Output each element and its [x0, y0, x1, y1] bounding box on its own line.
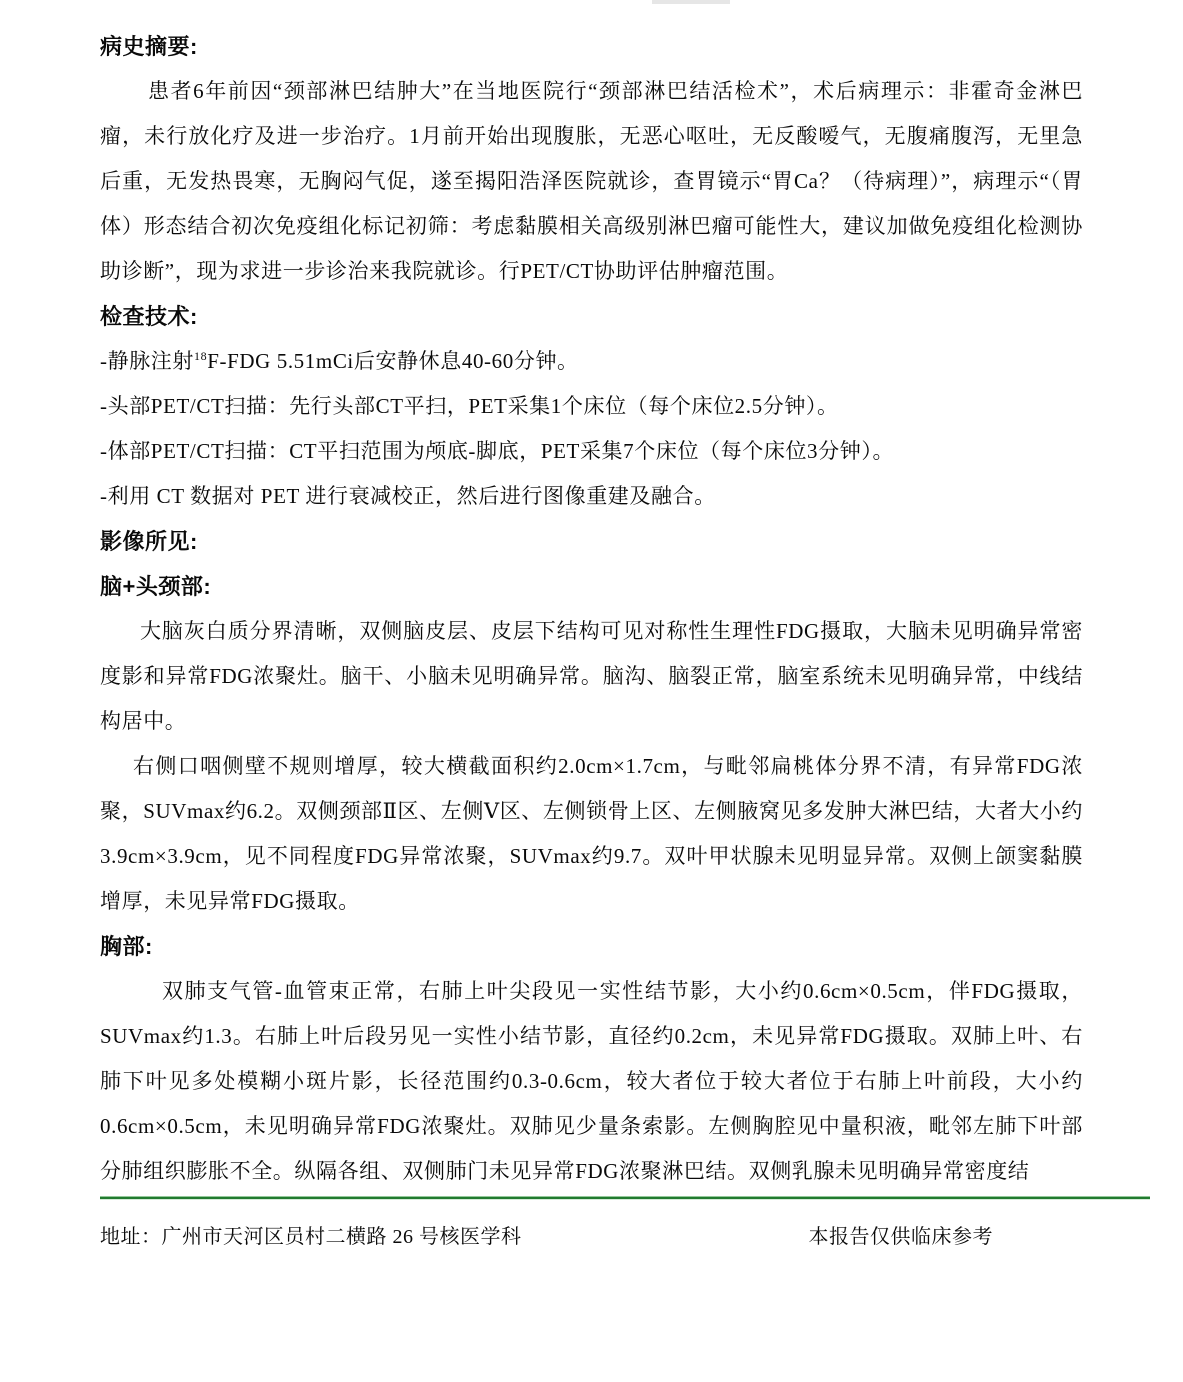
footer-text-row: 地址：广州市天河区员村二横路 26 号核医学科 本报告仅供临床参考 — [100, 1224, 1083, 1250]
subsection-heading-brain-head-neck: 脑+头颈部: — [100, 564, 1083, 609]
technique-item-injection: -静脉注射18F-FDG 5.51mCi后安静休息40-60分钟。 — [100, 339, 1083, 384]
injection-text-prefix: -静脉注射 — [100, 349, 194, 373]
report-page: 病史摘要: 患者6年前因“颈部淋巴结肿大”在当地医院行“颈部淋巴结活检术”，术后… — [0, 0, 1183, 1382]
report-body: 病史摘要: 患者6年前因“颈部淋巴结肿大”在当地医院行“颈部淋巴结活检术”，术后… — [0, 0, 1183, 1194]
footer-address: 地址：广州市天河区员村二横路 26 号核医学科 — [100, 1224, 809, 1250]
footer-disclaimer: 本报告仅供临床参考 — [809, 1224, 994, 1250]
brain-findings-paragraph: 大脑灰白质分界清晰，双侧脑皮层、皮层下结构可见对称性生理性FDG摄取，大脑未见明… — [100, 609, 1083, 744]
isotope-superscript: 18 — [194, 349, 207, 363]
section-heading-technique: 检查技术: — [100, 294, 1083, 339]
history-paragraph: 患者6年前因“颈部淋巴结肿大”在当地医院行“颈部淋巴结活检术”，术后病理示：非霍… — [100, 69, 1083, 294]
technique-item-body-scan: -体部PET/CT扫描：CT平扫范围为颅底-脚底，PET采集7个床位（每个床位3… — [100, 429, 1083, 474]
chest-findings-paragraph: 双肺支气管-血管束正常，右肺上叶尖段见一实性结节影，大小约0.6cm×0.5cm… — [100, 969, 1083, 1194]
section-heading-findings: 影像所见: — [100, 519, 1083, 564]
injection-text-rest: F-FDG 5.51mCi后安静休息40-60分钟。 — [207, 349, 578, 373]
scan-artifact — [652, 0, 730, 4]
section-heading-history: 病史摘要: — [100, 24, 1083, 69]
page-footer: 地址：广州市天河区员村二横路 26 号核医学科 本报告仅供临床参考 — [0, 1196, 1183, 1382]
technique-item-head-scan: -头部PET/CT扫描：先行头部CT平扫，PET采集1个床位（每个床位2.5分钟… — [100, 384, 1083, 429]
technique-item-attenuation-correction: -利用 CT 数据对 PET 进行衰减校正，然后进行图像重建及融合。 — [100, 474, 1083, 519]
oropharynx-neck-findings-paragraph: 右侧口咽侧壁不规则增厚，较大横截面积约2.0cm×1.7cm，与毗邻扁桃体分界不… — [100, 744, 1083, 924]
subsection-heading-chest: 胸部: — [100, 924, 1083, 969]
footer-divider-line — [100, 1196, 1150, 1200]
